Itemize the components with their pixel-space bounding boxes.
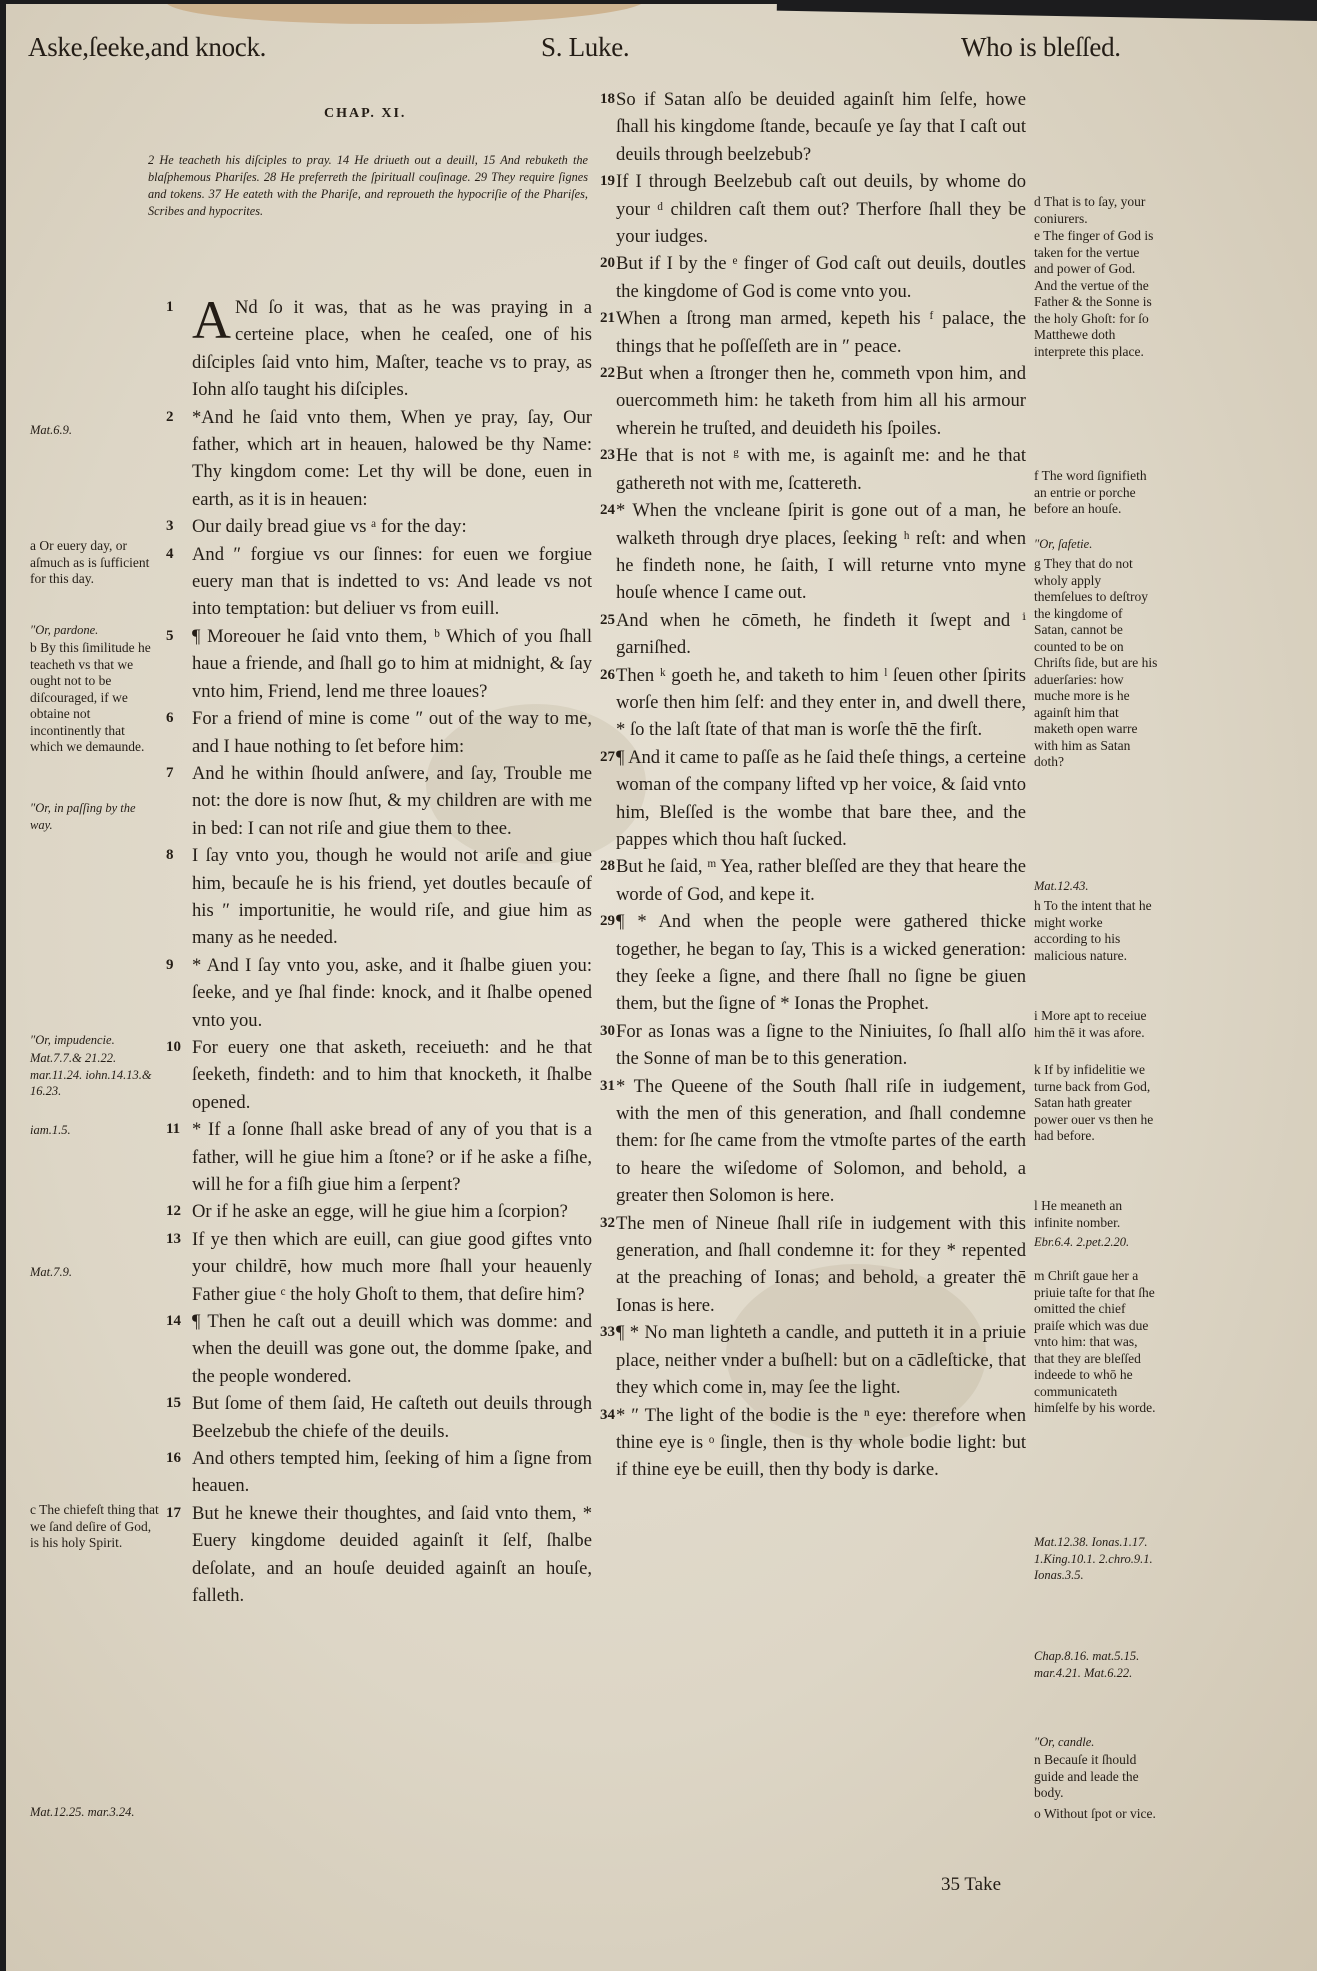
verse-text: Or if he aske an egge, will he giue him … [192,1198,592,1225]
scan-edge [777,4,1317,21]
cross-reference: Mat.7.7.& 21.22. mar.11.24. iohn.14.13.&… [30,1050,160,1100]
verse-text: And he within ſhould anſwere, and ſay, T… [192,760,592,842]
verse-number: 26 [600,662,615,689]
margin-note: f The word ſignifieth an entrie or porch… [1034,468,1159,518]
verse-number: 29 [600,908,615,935]
verse-text: And others tempted him, ſeeking of him a… [192,1445,592,1500]
verse: 31* The Queene of the South ſhall riſe i… [608,1073,1026,1210]
margin-note: e The finger of God is taken for the ver… [1034,228,1159,360]
verse-text: If I through Beelzebub caſt out deuils, … [616,168,1026,250]
verse-number: 16 [166,1445,181,1472]
verse-number: 2 [166,404,174,431]
verse: 22But when a ſtronger then he, commeth v… [608,360,1026,442]
cross-reference: Mat.12.25. mar.3.24. [30,1804,160,1821]
margin-note: g They that do not wholy apply themſelue… [1034,556,1159,771]
verse-number: 14 [166,1308,181,1335]
verse: 7And he within ſhould anſwere, and ſay, … [156,760,592,842]
verse: 20But if I by the ᵉ finger of God caſt o… [608,250,1026,305]
verse: 9* And I ſay vnto you, aske, and it ſhal… [156,952,592,1034]
verse-text: ANd ſo it was, that as he was praying in… [192,294,592,404]
verse-text: If ye then which are euill, can giue goo… [192,1226,592,1308]
verse-text: When a ſtrong man armed, kepeth his ᶠ pa… [616,305,1026,360]
verse-number: 8 [166,842,174,869]
verse: 11* If a ſonne ſhall aske bread of any o… [156,1116,592,1198]
verse-text: ¶ Then he caſt out a deuill which was do… [192,1308,592,1390]
verse-text: And ″ forgiue vs our ſinnes: for euen we… [192,541,592,623]
verse-text: ¶ * No man lighteth a candle, and puttet… [616,1319,1026,1401]
verse: 14¶ Then he caſt out a deuill which was … [156,1308,592,1390]
verse-number: 13 [166,1226,181,1253]
verse: 33¶ * No man lighteth a candle, and putt… [608,1319,1026,1401]
cross-reference: iam.1.5. [30,1122,160,1139]
verse-number: 3 [166,513,174,540]
water-stain [166,4,646,24]
verse-number: 6 [166,705,174,732]
verse: 27¶ And it came to paſſe as he ſaid theſ… [608,744,1026,854]
cross-reference: Ebr.6.4. 2.pet.2.20. [1034,1234,1159,1251]
verse: 15But ſome of them ſaid, He caſteth out … [156,1390,592,1445]
chapter-title: CHAP. XI. [324,106,406,122]
cross-reference: ″Or, ſafetie. [1034,536,1159,553]
margin-note: n Becauſe it ſhould guide and leade the … [1034,1752,1159,1802]
verse: 23He that is not ᵍ with me, is againſt m… [608,442,1026,497]
verse: 2*And he ſaid vnto them, When ye pray, ſ… [156,404,592,514]
verse: 29¶ * And when the people were gathered … [608,908,1026,1018]
verse-number: 30 [600,1018,615,1045]
verse: 4And ″ forgiue vs our ſinnes: for euen w… [156,541,592,623]
verse-text: ¶ Moreouer he ſaid vnto them, ᵇ Which of… [192,623,592,705]
verse-text: But he ſaid, ᵐ Yea, rather bleſſed are t… [616,853,1026,908]
verse: 6For a friend of mine is come ″ out of t… [156,705,592,760]
verse: 24* When the vncleane ſpirit is gone out… [608,497,1026,607]
verse-number: 25 [600,607,615,634]
verse-number: 22 [600,360,615,387]
verse-number: 27 [600,744,615,771]
verse-number: 11 [166,1116,180,1143]
verse-text: But ſome of them ſaid, He caſteth out de… [192,1390,592,1445]
verse-text: * And I ſay vnto you, aske, and it ſhalb… [192,952,592,1034]
verse-text: But if I by the ᵉ finger of God caſt out… [616,250,1026,305]
cross-reference: ″Or, candle. [1034,1734,1159,1751]
margin-note: d That is to ſay, your coniurers. [1034,194,1159,227]
cross-reference: ″Or, impudencie. [30,1032,160,1049]
verse: 10For euery one that asketh, receiueth: … [156,1034,592,1116]
margin-note: k If by infidelitie we turne back from G… [1034,1062,1159,1145]
verse-number: 18 [600,86,615,113]
verse-text: But he knewe their thoughtes, and ſaid v… [192,1500,592,1610]
verse: 28But he ſaid, ᵐ Yea, rather bleſſed are… [608,853,1026,908]
margin-note: o Without ſpot or vice. [1034,1806,1159,1823]
verse-number: 24 [600,497,615,524]
verse-number: 23 [600,442,615,469]
cross-reference: Mat.7.9. [30,1264,160,1281]
verse-text: The men of Nineue ſhall riſe in iudgemen… [616,1210,1026,1320]
verse-text: So if Satan alſo be deuided againſt him … [616,86,1026,168]
verse: 21When a ſtrong man armed, kepeth his ᶠ … [608,305,1026,360]
verse-number: 28 [600,853,615,880]
margin-note: m Chriſt gaue her a priuie taſte for tha… [1034,1268,1159,1417]
catchword: 35 Take [941,1874,1001,1896]
verse-text: * The Queene of the South ſhall riſe in … [616,1073,1026,1210]
verse-number: 9 [166,952,174,979]
verse-text: He that is not ᵍ with me, is againſt me:… [616,442,1026,497]
verse-text: Then ᵏ goeth he, and taketh to him ˡ ſeu… [616,662,1026,744]
verse-text: * If a ſonne ſhall aske bread of any of … [192,1116,592,1198]
verse: 32The men of Nineue ſhall riſe in iudgem… [608,1210,1026,1320]
cross-reference: Mat.12.43. [1034,878,1159,895]
verse-text: For euery one that asketh, receiueth: an… [192,1034,592,1116]
verse-number: 20 [600,250,615,277]
verse-number: 17 [166,1500,181,1527]
right-text-column: 18So if Satan alſo be deuided againſt hi… [608,86,1026,1484]
chapter-summary: 2 He teacheth his diſciples to pray. 14 … [148,152,588,220]
cross-reference: ″Or, in paſſing by the way. [30,800,160,833]
cross-reference: Mat.6.9. [30,422,160,439]
verse: 25And when he cōmeth, he findeth it ſwep… [608,607,1026,662]
margin-note: i More apt to receiue him thē it was afo… [1034,1008,1159,1041]
verse-number: 4 [166,541,174,568]
margin-note: h To the intent that he might worke acco… [1034,898,1159,964]
left-text-column: 1ANd ſo it was, that as he was praying i… [156,294,592,1610]
verse-number: 32 [600,1210,615,1237]
verse-number: 21 [600,305,615,332]
verse-text: And when he cōmeth, he findeth it ſwept … [616,607,1026,662]
verse: 16And others tempted him, ſeeking of him… [156,1445,592,1500]
verse-text: For a friend of mine is come ″ out of th… [192,705,592,760]
verse-number: 5 [166,623,174,650]
verse-text: For as Ionas was a ſigne to the Niniuite… [616,1018,1026,1073]
verse-text: *And he ſaid vnto them, When ye pray, ſa… [192,404,592,514]
verse-number: 33 [600,1319,615,1346]
margin-note: l He meaneth an infinite nomber. [1034,1198,1159,1231]
verse: 8I ſay vnto you, though he would not ari… [156,842,592,952]
verse-text: I ſay vnto you, though he would not ariſ… [192,842,592,952]
cross-reference: Chap.8.16. mat.5.15. mar.4.21. Mat.6.22. [1034,1648,1159,1681]
verse: 17But he knewe their thoughtes, and ſaid… [156,1500,592,1610]
book-page: Aske,ſeeke,and knock. S. Luke. Who is bl… [6,4,1317,1971]
cross-reference: Mat.12.38. Ionas.1.17. 1.King.10.1. 2.ch… [1034,1534,1159,1584]
margin-note: b By this ſimilitude he teacheth vs that… [30,640,160,756]
margin-note: c The chiefeſt thing that we ſand deſire… [30,1502,160,1552]
running-head-center: S. Luke. [541,32,629,63]
verse-number: 1 [166,294,174,321]
verse-text: But when a ſtronger then he, commeth vpo… [616,360,1026,442]
running-head-left: Aske,ſeeke,and knock. [28,32,266,63]
verse: 30For as Ionas was a ſigne to the Niniui… [608,1018,1026,1073]
verse-text: * ″ The light of the bodie is the ⁿ eye:… [616,1402,1026,1484]
verse-number: 12 [166,1198,181,1225]
margin-note: a Or euery day, or aſmuch as is ſufficie… [30,538,160,588]
verse-number: 19 [600,168,615,195]
verse: 12Or if he aske an egge, will he giue hi… [156,1198,592,1225]
verse: 19If I through Beelzebub caſt out deuils… [608,168,1026,250]
verse: 18So if Satan alſo be deuided againſt hi… [608,86,1026,168]
verse-number: 7 [166,760,174,787]
cross-reference: ″Or, pardone. [30,622,160,639]
verse-number: 31 [600,1073,615,1100]
verse: 3Our daily bread giue vs ᵃ for the day: [156,513,592,540]
verse: 34* ″ The light of the bodie is the ⁿ ey… [608,1402,1026,1484]
verse: 26Then ᵏ goeth he, and taketh to him ˡ ſ… [608,662,1026,744]
verse-text: * When the vncleane ſpirit is gone out o… [616,497,1026,607]
verse-text: Our daily bread giue vs ᵃ for the day: [192,513,592,540]
verse: 13If ye then which are euill, can giue g… [156,1226,592,1308]
verse-number: 15 [166,1390,181,1417]
verse-number: 34 [600,1402,615,1429]
running-head-right: Who is bleſſed. [961,32,1121,63]
verse: 5¶ Moreouer he ſaid vnto them, ᵇ Which o… [156,623,592,705]
verse-number: 10 [166,1034,181,1061]
verse-text: ¶ * And when the people were gathered th… [616,908,1026,1018]
verse: 1ANd ſo it was, that as he was praying i… [156,294,592,404]
verse-text: ¶ And it came to paſſe as he ſaid theſe … [616,744,1026,854]
